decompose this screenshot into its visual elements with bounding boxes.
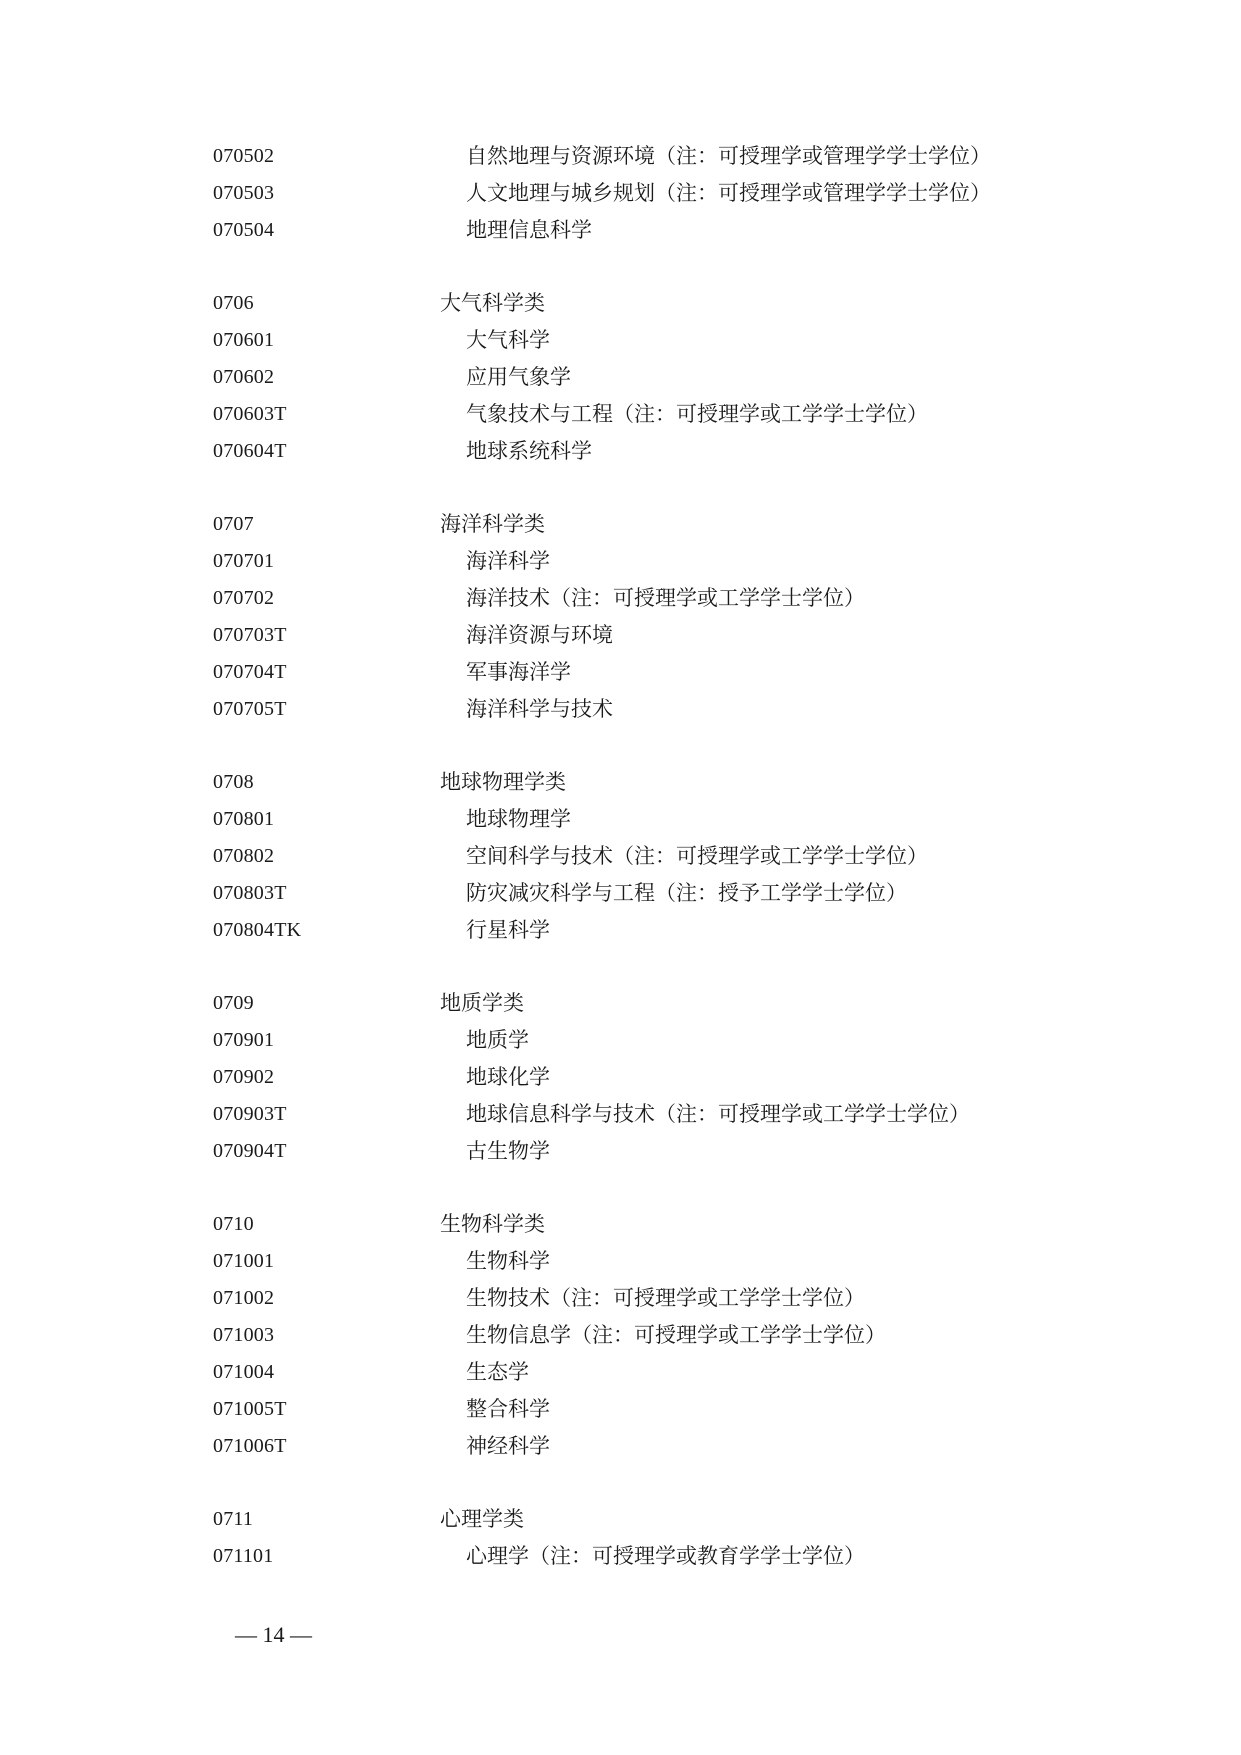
major-row: 070601大气科学	[0, 324, 1241, 357]
major-name: 行星科学	[466, 914, 550, 947]
major-row: 071005T整合科学	[0, 1393, 1241, 1426]
major-row: 070603T气象技术与工程（注：可授理学或工学学士学位）	[0, 398, 1241, 431]
major-row: 070602应用气象学	[0, 361, 1241, 394]
major-name: 生物信息学（注：可授理学或工学学士学位）	[466, 1319, 886, 1352]
major-name: 气象技术与工程（注：可授理学或工学学士学位）	[466, 398, 928, 431]
major-code: 070502	[213, 140, 274, 173]
category-name: 地质学类	[440, 987, 524, 1020]
major-name: 整合科学	[466, 1393, 550, 1426]
category-name: 心理学类	[440, 1503, 524, 1536]
category-row: 0707海洋科学类	[0, 508, 1241, 541]
major-code: 070601	[213, 324, 274, 357]
major-row: 070701海洋科学	[0, 545, 1241, 578]
major-name: 生物科学	[466, 1245, 550, 1278]
major-row: 070504地理信息科学	[0, 214, 1241, 247]
major-name: 古生物学	[466, 1135, 550, 1168]
major-row: 070903T地球信息科学与技术（注：可授理学或工学学士学位）	[0, 1098, 1241, 1131]
category-row: 0710生物科学类	[0, 1208, 1241, 1241]
major-row: 070901地质学	[0, 1024, 1241, 1057]
major-name: 海洋资源与环境	[466, 619, 613, 652]
major-row: 070803T防灾减灾科学与工程（注：授予工学学士学位）	[0, 877, 1241, 910]
major-row: 070802空间科学与技术（注：可授理学或工学学士学位）	[0, 840, 1241, 873]
major-code: 070703T	[213, 619, 287, 652]
major-name: 军事海洋学	[466, 656, 571, 689]
major-code: 071006T	[213, 1430, 287, 1463]
major-code: 070704T	[213, 656, 287, 689]
page-number: — 14 —	[235, 1622, 312, 1648]
major-code: 071002	[213, 1282, 274, 1315]
major-row: 070702海洋技术（注：可授理学或工学学士学位）	[0, 582, 1241, 615]
major-code: 071003	[213, 1319, 274, 1352]
major-row: 071003生物信息学（注：可授理学或工学学士学位）	[0, 1319, 1241, 1352]
major-name: 地球化学	[466, 1061, 550, 1094]
major-code: 070902	[213, 1061, 274, 1094]
major-name: 地球信息科学与技术（注：可授理学或工学学士学位）	[466, 1098, 970, 1131]
major-name: 生物技术（注：可授理学或工学学士学位）	[466, 1282, 865, 1315]
major-row: 070502自然地理与资源环境（注：可授理学或管理学学士学位）	[0, 140, 1241, 173]
major-name: 海洋科学与技术	[466, 693, 613, 726]
major-code: 070802	[213, 840, 274, 873]
category-name: 地球物理学类	[440, 766, 566, 799]
major-name: 自然地理与资源环境（注：可授理学或管理学学士学位）	[466, 140, 991, 173]
category-code: 0709	[213, 987, 254, 1020]
major-name: 应用气象学	[466, 361, 571, 394]
major-name: 大气科学	[466, 324, 550, 357]
category-code: 0711	[213, 1503, 253, 1536]
category-row: 0706大气科学类	[0, 287, 1241, 320]
major-code: 070904T	[213, 1135, 287, 1168]
category-row: 0709地质学类	[0, 987, 1241, 1020]
major-name: 海洋技术（注：可授理学或工学学士学位）	[466, 582, 865, 615]
major-code: 070702	[213, 582, 274, 615]
major-name: 地球物理学	[466, 803, 571, 836]
category-code: 0706	[213, 287, 254, 320]
category-row: 0708地球物理学类	[0, 766, 1241, 799]
major-name: 人文地理与城乡规划（注：可授理学或管理学学士学位）	[466, 177, 991, 210]
major-row: 071001生物科学	[0, 1245, 1241, 1278]
category-code: 0707	[213, 508, 254, 541]
major-name: 心理学（注：可授理学或教育学学士学位）	[466, 1540, 865, 1573]
major-code: 071001	[213, 1245, 274, 1278]
category-name: 大气科学类	[440, 287, 545, 320]
category-name: 生物科学类	[440, 1208, 545, 1241]
category-code: 0708	[213, 766, 254, 799]
major-row: 070705T海洋科学与技术	[0, 693, 1241, 726]
category-row: 0711心理学类	[0, 1503, 1241, 1536]
major-code: 070903T	[213, 1098, 287, 1131]
major-code: 071101	[213, 1540, 273, 1573]
major-row: 071006T神经科学	[0, 1430, 1241, 1463]
major-name: 空间科学与技术（注：可授理学或工学学士学位）	[466, 840, 928, 873]
major-name: 地球系统科学	[466, 435, 592, 468]
major-code: 070901	[213, 1024, 274, 1057]
major-row: 070604T地球系统科学	[0, 435, 1241, 468]
category-code: 0710	[213, 1208, 254, 1241]
major-code: 070602	[213, 361, 274, 394]
major-row: 070902地球化学	[0, 1061, 1241, 1094]
major-code: 070503	[213, 177, 274, 210]
major-code: 070801	[213, 803, 274, 836]
major-name: 地理信息科学	[466, 214, 592, 247]
major-name: 海洋科学	[466, 545, 550, 578]
major-row: 071101心理学（注：可授理学或教育学学士学位）	[0, 1540, 1241, 1573]
major-row: 070904T古生物学	[0, 1135, 1241, 1168]
major-name: 生态学	[466, 1356, 529, 1389]
major-row: 070703T海洋资源与环境	[0, 619, 1241, 652]
major-code: 070705T	[213, 693, 287, 726]
major-code: 071005T	[213, 1393, 287, 1426]
major-name: 神经科学	[466, 1430, 550, 1463]
major-code: 070504	[213, 214, 274, 247]
major-row: 071004生态学	[0, 1356, 1241, 1389]
major-code: 070803T	[213, 877, 287, 910]
major-row: 071002生物技术（注：可授理学或工学学士学位）	[0, 1282, 1241, 1315]
major-name: 防灾减灾科学与工程（注：授予工学学士学位）	[466, 877, 907, 910]
major-name: 地质学	[466, 1024, 529, 1057]
major-code: 071004	[213, 1356, 274, 1389]
major-code: 070604T	[213, 435, 287, 468]
major-row: 070804TK行星科学	[0, 914, 1241, 947]
major-code: 070701	[213, 545, 274, 578]
major-row: 070503人文地理与城乡规划（注：可授理学或管理学学士学位）	[0, 177, 1241, 210]
major-row: 070801地球物理学	[0, 803, 1241, 836]
major-code: 070804TK	[213, 914, 301, 947]
category-name: 海洋科学类	[440, 508, 545, 541]
major-row: 070704T军事海洋学	[0, 656, 1241, 689]
major-code: 070603T	[213, 398, 287, 431]
